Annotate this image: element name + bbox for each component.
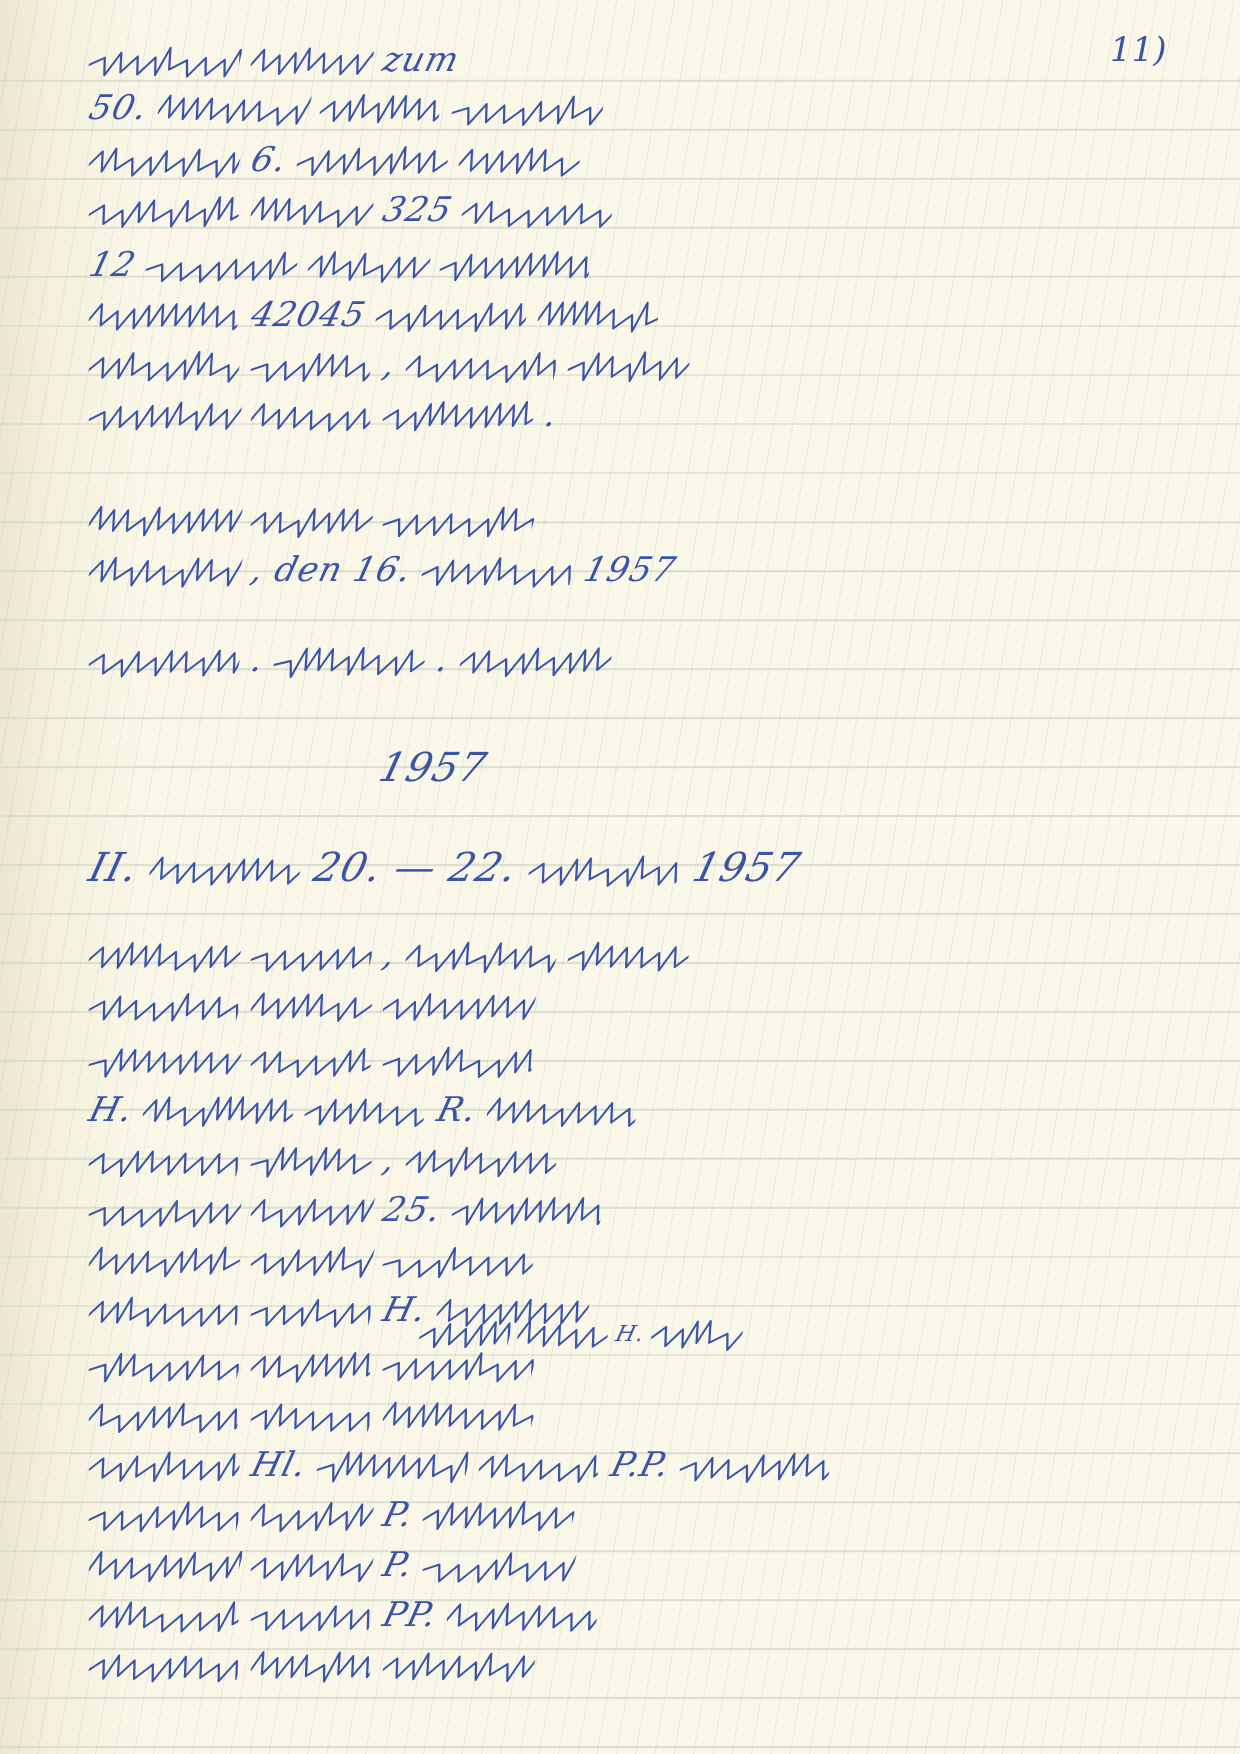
legible-text: 1957 (374, 745, 491, 791)
handwritten-line: PP. (85, 1595, 603, 1635)
handwritten-line (85, 1240, 539, 1280)
shorthand-stroke (379, 1245, 537, 1279)
shorthand-stroke (403, 940, 561, 974)
handwritten-line: 12 (85, 245, 596, 285)
legible-text: PP. (379, 1595, 453, 1635)
shorthand-stroke (301, 1095, 429, 1129)
shorthand-stroke (85, 195, 243, 229)
shorthand-stroke (534, 300, 662, 334)
shorthand-stroke (418, 555, 576, 589)
legible-text: 42045 (247, 295, 382, 335)
handwritten-line: , (85, 935, 694, 975)
shorthand-stroke (304, 250, 432, 284)
shorthand-stroke (525, 854, 683, 888)
shorthand-stroke (85, 1400, 243, 1434)
shorthand-stroke (455, 145, 583, 179)
legible-text: 20. — 22. (309, 845, 536, 891)
shorthand-stroke (419, 1500, 577, 1534)
shorthand-stroke (475, 1450, 603, 1484)
shorthand-stroke (85, 940, 243, 974)
shorthand-stroke (85, 990, 243, 1024)
legible-text: 25. (379, 1190, 458, 1230)
shorthand-stroke (648, 1318, 746, 1352)
shorthand-stroke (247, 1550, 375, 1584)
shorthand-stroke (379, 505, 537, 539)
shorthand-stroke (564, 350, 692, 384)
shorthand-stroke (247, 1295, 375, 1329)
shorthand-stroke (247, 400, 375, 434)
shorthand-stroke (379, 990, 537, 1024)
shorthand-stroke (247, 1350, 375, 1384)
handwritten-line: . (85, 395, 562, 435)
shorthand-stroke (85, 1650, 243, 1684)
shorthand-stroke (85, 1145, 243, 1179)
handwritten-line: , (85, 1140, 562, 1180)
handwritten-line: , (85, 345, 694, 385)
shorthand-stroke (372, 300, 530, 334)
shorthand-stroke (85, 1450, 243, 1484)
shorthand-stroke (379, 1045, 537, 1079)
shorthand-stroke (140, 1095, 298, 1129)
shorthand-stroke (564, 940, 692, 974)
legible-text: 1957 (580, 550, 681, 590)
shorthand-stroke (379, 1350, 537, 1384)
handwritten-line: . . (85, 640, 616, 680)
shorthand-stroke (247, 1245, 375, 1279)
shorthand-stroke (247, 1650, 375, 1684)
shorthand-stroke (85, 1295, 243, 1329)
handwritten-line: P. (85, 1495, 579, 1535)
handwritten-line: H. R. (85, 1090, 643, 1130)
notebook-page: 11) zum50. 6. 325 12 42045 , . , den 16.… (0, 0, 1240, 1754)
handwritten-line: II. 20. — 22. 1957 (84, 845, 805, 891)
shorthand-stroke (85, 45, 243, 79)
handwritten-line: P. (85, 1545, 579, 1585)
legible-text: 325 (379, 190, 469, 230)
handwritten-line (85, 1040, 539, 1080)
legible-text: Hl. (247, 1445, 323, 1485)
shorthand-stroke (448, 93, 606, 127)
shorthand-stroke (459, 195, 617, 229)
shorthand-stroke (85, 145, 243, 179)
shorthand-stroke (247, 1195, 375, 1229)
shorthand-stroke (85, 1245, 243, 1279)
shorthand-stroke (379, 400, 537, 434)
shorthand-stroke (247, 990, 375, 1024)
handwritten-line: zum (85, 40, 464, 80)
shorthand-stroke (483, 1095, 641, 1129)
shorthand-stroke (85, 555, 243, 589)
shorthand-stroke (247, 1500, 375, 1534)
legible-text: , den 16. (247, 550, 428, 590)
handwritten-line (85, 500, 539, 540)
handwritten-line: 42045 (85, 295, 664, 335)
shorthand-stroke (676, 1450, 834, 1484)
shorthand-stroke (85, 1045, 243, 1079)
shorthand-stroke (403, 1145, 561, 1179)
shorthand-stroke (247, 350, 375, 384)
shorthand-stroke (316, 93, 444, 127)
shorthand-stroke (379, 1650, 537, 1684)
handwritten-line: 1957 (374, 745, 491, 791)
shorthand-stroke (379, 1400, 537, 1434)
shorthand-stroke (85, 400, 243, 434)
shorthand-stroke (436, 250, 594, 284)
shorthand-stroke (85, 300, 243, 334)
shorthand-stroke (403, 350, 561, 384)
shorthand-stroke (154, 93, 312, 127)
handwritten-line: 325 (85, 190, 618, 230)
shorthand-stroke (313, 1450, 471, 1484)
shorthand-stroke (247, 1600, 375, 1634)
legible-text: 50. (85, 88, 164, 128)
shorthand-stroke (85, 505, 243, 539)
shorthand-stroke (419, 1550, 577, 1584)
shorthand-stroke (456, 645, 614, 679)
shorthand-stroke (247, 1400, 375, 1434)
handwritten-line (85, 1645, 539, 1685)
shorthand-stroke (247, 1145, 375, 1179)
shorthand-stroke (247, 505, 375, 539)
shorthand-stroke (448, 1195, 606, 1229)
legible-text: P.P. (607, 1445, 686, 1485)
legible-text: zum (379, 40, 464, 80)
shorthand-stroke (293, 145, 451, 179)
legible-text: 1957 (688, 845, 805, 891)
handwritten-line (85, 985, 539, 1025)
legible-text: 12 (85, 245, 152, 285)
shorthand-stroke (142, 250, 300, 284)
handwritten-line: 25. (85, 1190, 607, 1230)
handwritten-line: , den 16. 1957 (85, 550, 680, 590)
handwritten-line (85, 1395, 539, 1435)
handwritten-line: 6. (85, 140, 585, 180)
handwritten-line: Hl. P.P. (85, 1445, 836, 1485)
shorthand-stroke (85, 1195, 243, 1229)
shorthand-stroke (146, 854, 304, 888)
shorthand-stroke (85, 1500, 243, 1534)
shorthand-stroke (247, 940, 375, 974)
shorthand-stroke (443, 1600, 601, 1634)
handwritten-line (85, 1345, 539, 1385)
shorthand-stroke (85, 350, 243, 384)
shorthand-stroke (247, 195, 375, 229)
shorthand-stroke (85, 1350, 243, 1384)
page-number: 11) (1110, 30, 1167, 70)
shorthand-stroke (85, 645, 243, 679)
shorthand-stroke (247, 45, 375, 79)
shorthand-stroke (247, 1045, 375, 1079)
shorthand-stroke (271, 645, 429, 679)
shorthand-stroke (85, 1550, 243, 1584)
handwritten-line: 50. (85, 88, 607, 128)
shorthand-stroke (85, 1600, 243, 1634)
